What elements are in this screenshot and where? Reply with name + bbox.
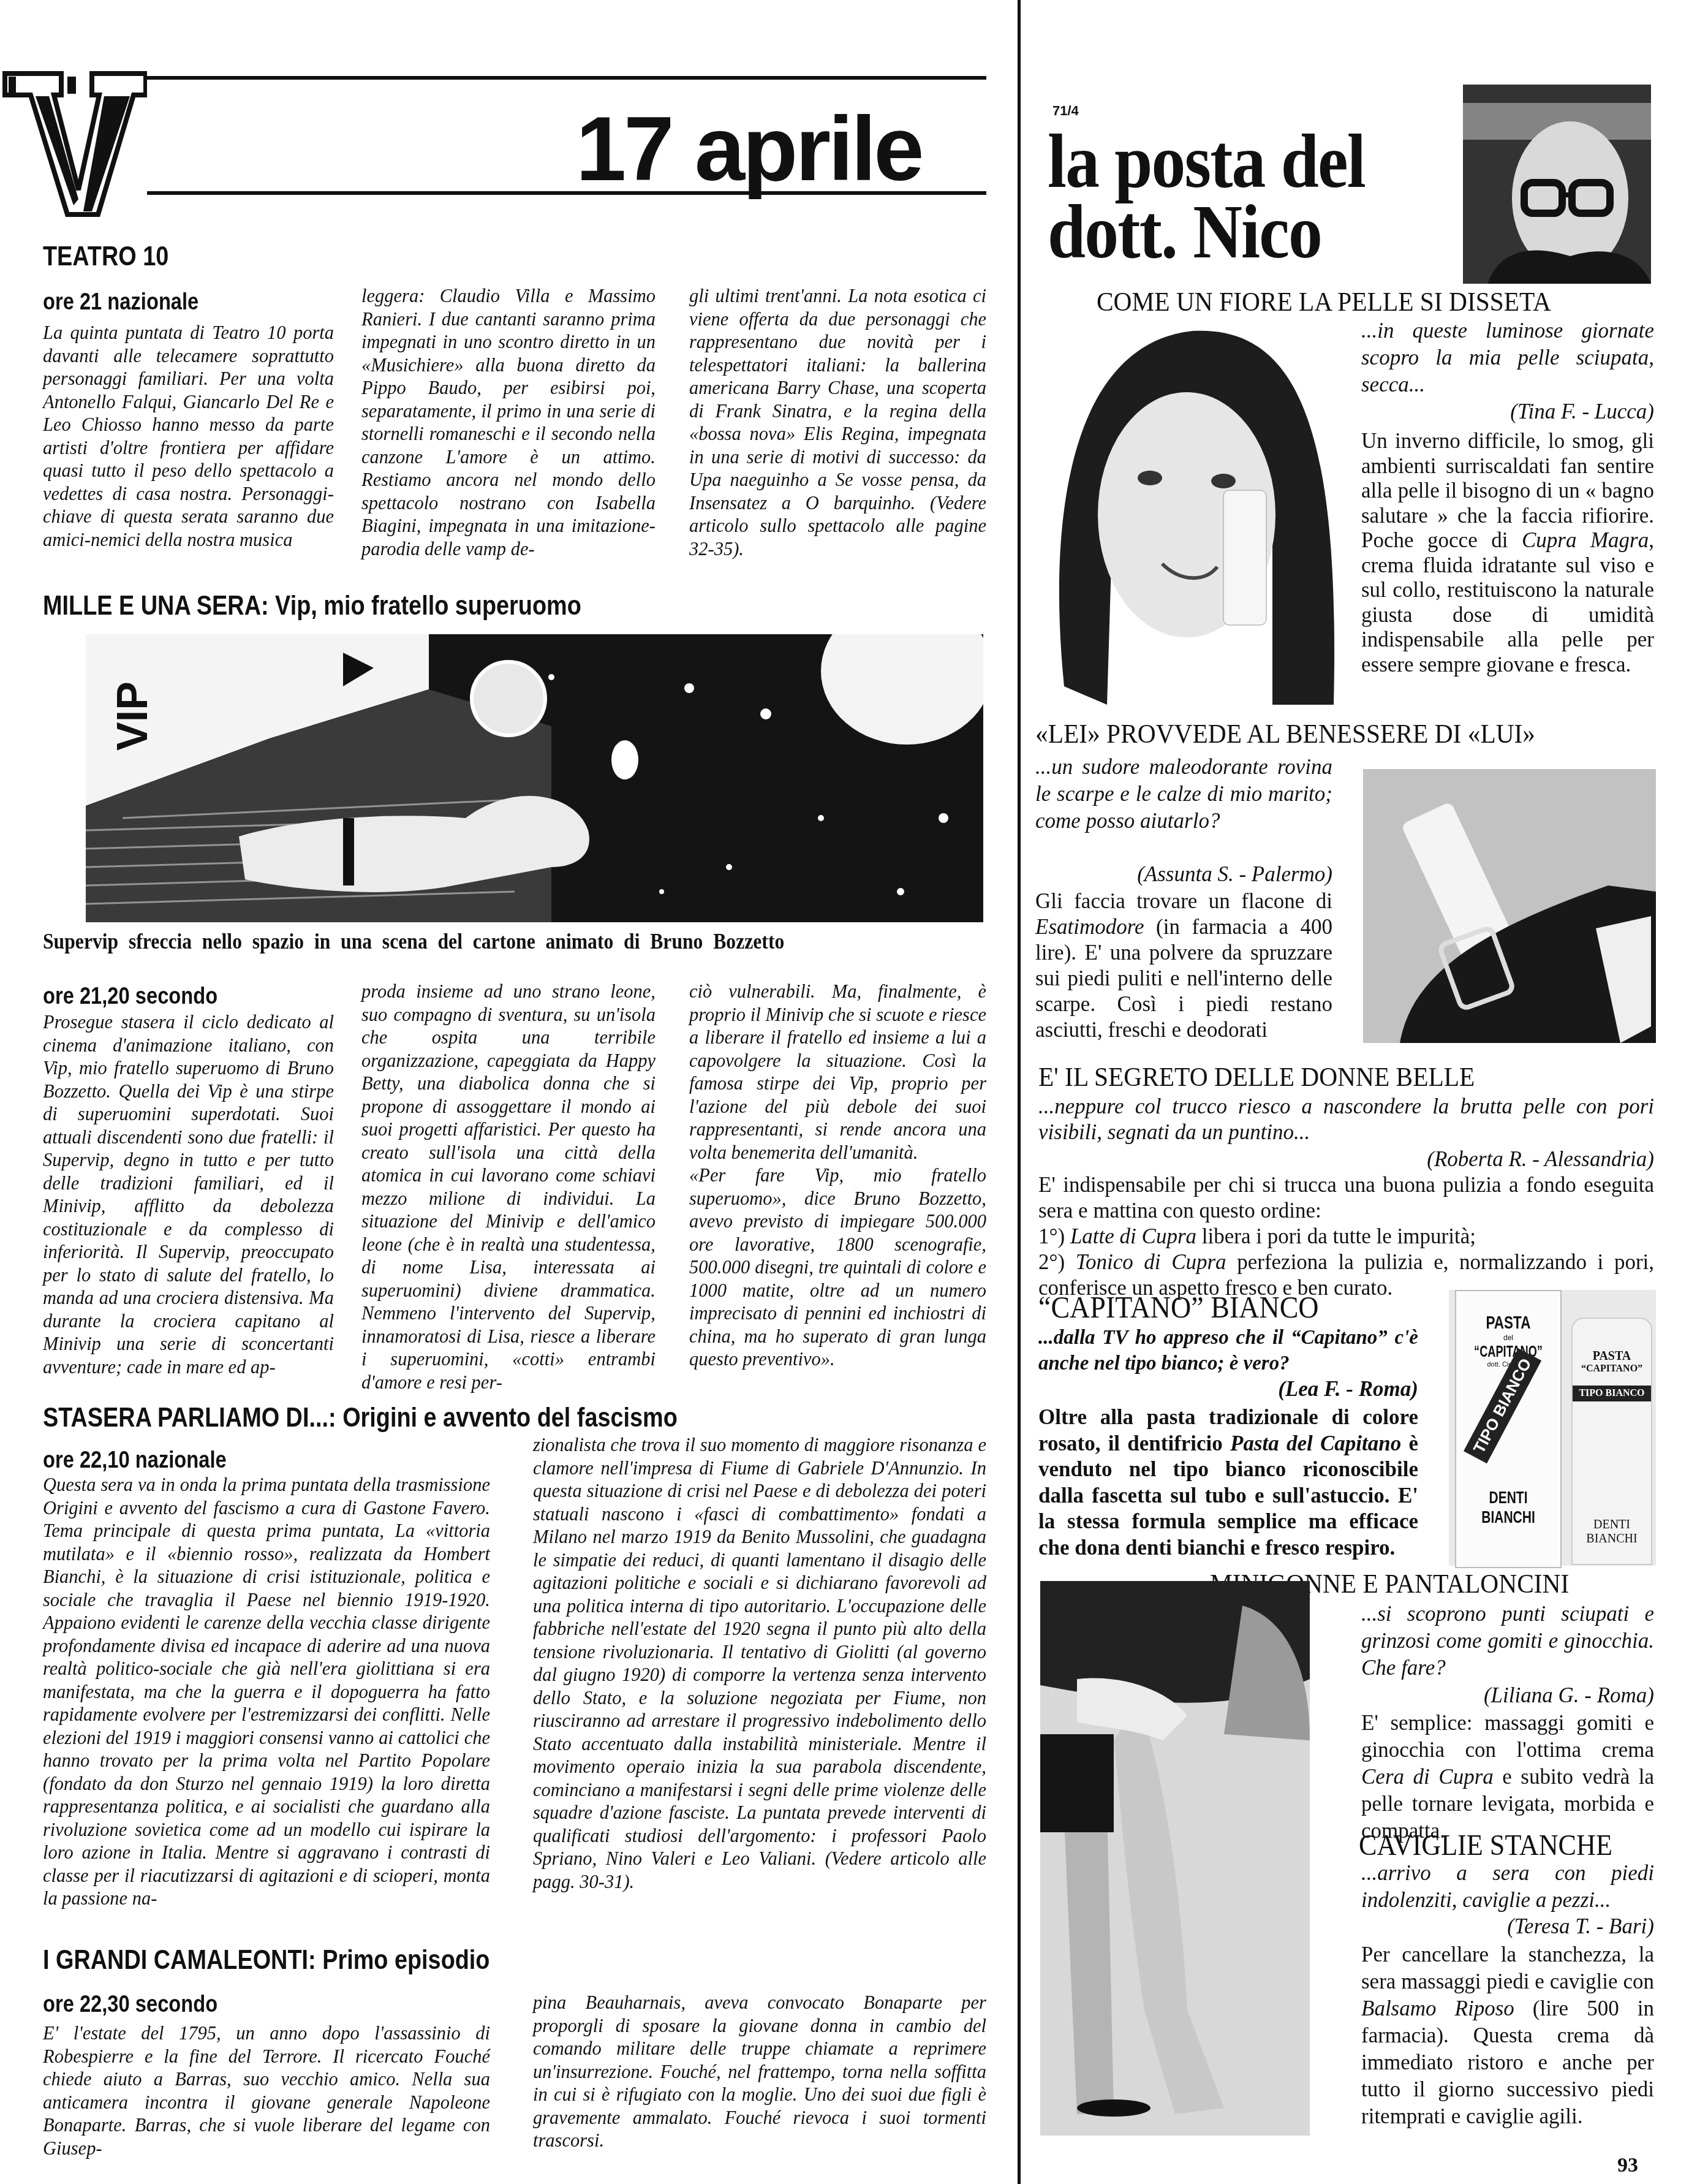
letter-3-question: ...neppure col trucco riesco a nasconder… (1038, 1094, 1654, 1145)
issue-number: 71/4 (1052, 103, 1079, 119)
stasera-subtitle: Origini e avvento del fascismo (342, 1403, 678, 1433)
letter-3-step-1: 1°) Latte di Cupra libera i pori da tutt… (1038, 1224, 1654, 1249)
toothpaste-tube: PASTA “CAPITANO” TIPO BIANCO DENTI BIANC… (1571, 1318, 1652, 1565)
header-rule-top (0, 76, 986, 80)
tv-logo-icon (0, 58, 147, 221)
mille-heading: MILLE E UNA SERA: Vip, mio fratello supe… (43, 591, 581, 621)
letter-4-answer: Oltre alla pasta tradizionale di colore … (1038, 1405, 1418, 1561)
column-divider (1018, 0, 1021, 2184)
letter-1-photo (1040, 319, 1340, 705)
doctor-portrait (1463, 85, 1651, 284)
letter-4-heading: “CAPITANO” BIANCO (1038, 1292, 1319, 1322)
camaleonti-slot: ore 22,30 secondo (43, 1992, 217, 2018)
mille-caption: Supervip sfreccia nello spazio in una sc… (43, 928, 784, 954)
mille-col-1: Prosegue stasera il ciclo dedicato al ci… (43, 1011, 334, 1379)
product-esatimodore: Esatimodore (1035, 915, 1144, 939)
mille-col-3b: «Per fare Vip, mio fratello superuomo», … (689, 1164, 986, 1371)
letter-3-heading: E' IL SEGRETO DELLE DONNE BELLE (1038, 1063, 1475, 1091)
letter-5-question: ...si scoprono punti sciupati e grinzosi… (1361, 1601, 1654, 1682)
stasera-col-1: Questa sera va in onda la prima puntata … (43, 1474, 490, 1911)
letter-1-answer: Un inverno difficile, lo smog, gli ambie… (1361, 429, 1654, 677)
svg-text:VIP: VIP (108, 681, 156, 751)
camaleonti-col-1: E' l'estate del 1795, un anno dopo l'ass… (43, 2022, 490, 2160)
letter-2-heading: «LEI» PROVVEDE AL BENESSERE DI «LUI» (1035, 720, 1535, 748)
letter-4-signature: (Lea F. - Roma) (1038, 1376, 1418, 1403)
letter-2-signature: (Assunta S. - Palermo) (1035, 861, 1332, 888)
teatro-col-2: leggera: Claudio Villa e Massimo Ranieri… (361, 285, 656, 561)
teatro-title: TEATRO 10 (43, 242, 168, 271)
product-balsamo-riposo: Balsamo Riposo (1361, 1996, 1514, 2020)
letter-1-signature: (Tina F. - Lucca) (1361, 398, 1654, 425)
letter-1-question: ...in queste luminose giornate scopro la… (1361, 317, 1654, 398)
stasera-title: STASERA PARLIAMO DI...: (43, 1403, 336, 1433)
portrait-image (1463, 85, 1651, 284)
letter-2-question: ...un sudore maleodorante rovina le scar… (1035, 754, 1332, 835)
product-cupra-magra: Cupra Magra (1522, 528, 1649, 552)
letter-6-signature: (Teresa T. - Bari) (1361, 1913, 1654, 1940)
letter-5-signature: (Liliana G. - Roma) (1361, 1682, 1654, 1709)
posta-title-line1: la posta del (1048, 126, 1365, 198)
mille-col-2: proda insieme ad uno strano leone, suo c… (361, 980, 656, 1394)
stasera-slot: ore 22,10 nazionale (43, 1447, 227, 1474)
product-pasta-del-capitano: Pasta del Capitano (1230, 1431, 1401, 1455)
letter-6-heading: CAVIGLIE STANCHE (1359, 1831, 1612, 1860)
letter-3-intro: E' indispensabile per chi si trucca una … (1038, 1172, 1654, 1224)
toothpaste-box: PASTA del “CAPITANO” dott. Ciccarelli TI… (1455, 1290, 1562, 1568)
letter-3-signature: (Roberta R. - Alessandria) (1038, 1146, 1654, 1173)
camaleonti-col-2: pina Beauharnais, aveva convocato Bonapa… (533, 1992, 986, 2153)
mille-title: MILLE E UNA SERA: (43, 591, 269, 621)
toothpaste-product-image: PASTA del “CAPITANO” dott. Ciccarelli TI… (1449, 1290, 1656, 1566)
letter-6-answer: Per cancellare la stanchezza, la sera ma… (1361, 1941, 1654, 2130)
mille-subtitle: Vip, mio fratello superuomo (275, 591, 581, 621)
letter-2-photo (1363, 769, 1656, 1043)
mille-col-3: ciò vulnerabili. Ma, finalmente, è propr… (689, 980, 986, 1371)
mille-illustration: VIP (86, 634, 983, 922)
date-title: 17 aprile (576, 104, 922, 195)
letter-4-question: ...dalla TV ho appreso che il “Capitano”… (1038, 1325, 1418, 1376)
teatro-col-1: La quinta puntata di Teatro 10 porta dav… (43, 322, 334, 552)
mille-col-3a: ciò vulnerabili. Ma, finalmente, è propr… (689, 980, 986, 1164)
letter-6-question: ...arrivo a sera con piedi indolenziti, … (1361, 1860, 1654, 1914)
shoe-spray-image (1363, 769, 1656, 1043)
space-cartoon-image: VIP (86, 634, 983, 922)
woman-cream-image (1040, 319, 1340, 705)
letter-1-heading: COME UN FIORE LA PELLE SI DISSETA (1097, 288, 1551, 316)
letter-5-answer: E' semplice: massaggi gomiti e ginocchia… (1361, 1710, 1654, 1845)
posta-title-line2: dott. Nico (1048, 196, 1321, 268)
stasera-heading: STASERA PARLIAMO DI...: Origini e avvent… (43, 1403, 678, 1433)
stasera-col-2: zionalista che trova il suo momento di m… (533, 1434, 986, 1894)
woman-knee-image (1040, 1581, 1310, 2136)
letter-5-photo (1040, 1581, 1310, 2136)
camaleonti-heading: I GRANDI CAMALEONTI: Primo episodio (43, 1946, 489, 1975)
teatro-col-3: gli ultimi trent'anni. La nota esotica c… (689, 285, 986, 561)
product-cera-di-cupra: Cera di Cupra (1361, 1765, 1494, 1789)
teatro-slot: ore 21 nazionale (43, 289, 198, 316)
mille-slot: ore 21,20 secondo (43, 984, 217, 1010)
page-number: 93 (1617, 2154, 1638, 2177)
camaleonti-title: I GRANDI CAMALEONTI: (43, 1945, 316, 1975)
letter-2-answer: Gli faccia trovare un flacone di Esatimo… (1035, 889, 1332, 1043)
camaleonti-subtitle: Primo episodio (322, 1945, 489, 1975)
letter-3-answer: E' indispensabile per chi si trucca una … (1038, 1172, 1654, 1301)
